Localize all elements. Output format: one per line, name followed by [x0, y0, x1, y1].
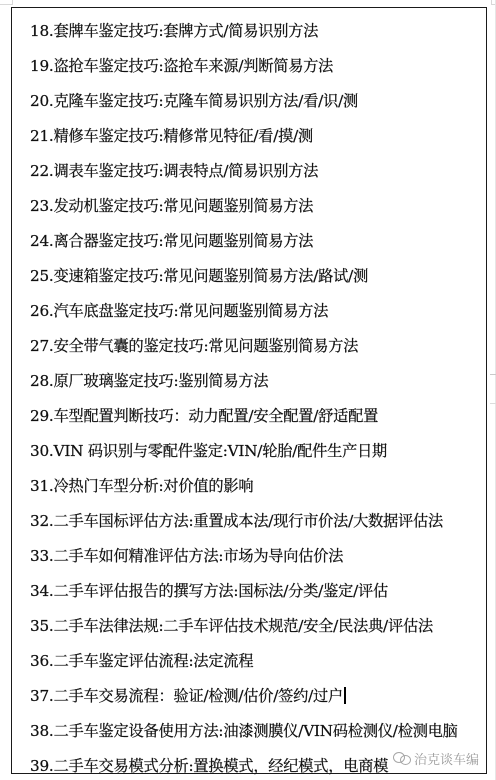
item-text: 冷热门车型分析:对价值的影响 — [54, 477, 254, 495]
item-text: 发动机鉴定技巧:常见问题鉴别简易方法 — [54, 197, 314, 215]
item-number: 18. — [30, 22, 54, 40]
item-number: 32. — [30, 512, 54, 530]
item-text: 二手车如何精准评估方法:市场为导向估价法 — [54, 547, 344, 565]
item-number: 21. — [30, 127, 54, 145]
item-text: 车型配置判断技巧：动力配置/安全配置/舒适配置 — [54, 407, 379, 425]
list-item: 37.二手车交易流程：验证/检测/估价/签约/过户 — [30, 682, 458, 717]
course-topic-list: 18.套牌车鉴定技巧:套牌方式/简易识别方法 19.盗抢车鉴定技巧:盗抢车来源/… — [30, 17, 458, 780]
page-corner-mark-left — [0, 0, 13, 5]
item-text: 套牌车鉴定技巧:套牌方式/简易识别方法 — [54, 22, 319, 40]
item-number: 36. — [30, 652, 54, 670]
item-number: 39. — [30, 757, 54, 775]
item-number: 28. — [30, 372, 54, 390]
list-item: 34.二手车评估报告的撰写方法:国标法/分类/鉴定/评估 — [30, 577, 458, 612]
item-number: 20. — [30, 92, 54, 110]
item-number: 33. — [30, 547, 54, 565]
item-number: 38. — [30, 722, 54, 740]
item-text: 盗抢车鉴定技巧:盗抢车来源/判断简易方法 — [54, 57, 334, 75]
item-text: 安全带气囊的鉴定技巧:常见问题鉴别简易方法 — [54, 337, 359, 355]
list-item: 36.二手车鉴定评估流程:法定流程 — [30, 647, 458, 682]
item-number: 19. — [30, 57, 54, 75]
list-item: 24.离合器鉴定技巧:常见问题鉴别简易方法 — [30, 227, 458, 262]
item-text: 二手车评估报告的撰写方法:国标法/分类/鉴定/评估 — [54, 582, 388, 600]
item-number: 29. — [30, 407, 54, 425]
item-text: 二手车法律法规:二手车评估技术规范/安全/民法典/评估法 — [54, 617, 433, 635]
watermark: 治克谈车编 — [393, 747, 485, 769]
list-item: 23.发动机鉴定技巧:常见问题鉴别简易方法 — [30, 192, 458, 227]
item-number: 26. — [30, 302, 54, 320]
item-text: 原厂玻璃鉴定技巧:鉴别简易方法 — [54, 372, 269, 390]
item-text: 变速箱鉴定技巧:常见问题鉴别简易方法/路试/测 — [54, 267, 369, 285]
item-text: 二手车国标评估方法:重置成本法/现行市价法/大数据评估法 — [54, 512, 443, 530]
list-item: 27.安全带气囊的鉴定技巧:常见问题鉴别简易方法 — [30, 332, 458, 367]
item-text: 汽车底盘鉴定技巧:常见问题鉴别简易方法 — [54, 302, 329, 320]
item-text: 二手车交易流程：验证/检测/估价/签约/过户 — [54, 687, 343, 705]
item-text: 二手车鉴定设备使用方法:油漆测膜仪/VIN码检测仪/检测电脑 — [54, 722, 458, 740]
item-text: 二手车交易模式分析:置换模式，经纪模式，电商模 — [54, 757, 389, 775]
list-item: 33.二手车如何精准评估方法:市场为导向估价法 — [30, 542, 458, 577]
list-item: 35.二手车法律法规:二手车评估技术规范/安全/民法典/评估法 — [30, 612, 458, 647]
item-number: 34. — [30, 582, 54, 600]
wechat-icon — [393, 751, 411, 765]
item-number: 31. — [30, 477, 54, 495]
list-item: 21.精修车鉴定技巧:精修常见特征/看/摸/测 — [30, 122, 458, 157]
item-text: 克隆车鉴定技巧:克隆车简易识别方法/看/识/测 — [54, 92, 358, 110]
list-item: 19.盗抢车鉴定技巧:盗抢车来源/判断简易方法 — [30, 52, 458, 87]
list-item: 31.冷热门车型分析:对价值的影响 — [30, 472, 458, 507]
bordered-text-box: 18.套牌车鉴定技巧:套牌方式/简易识别方法 19.盗抢车鉴定技巧:盗抢车来源/… — [11, 7, 487, 774]
item-number: 23. — [30, 197, 54, 215]
margin-marker — [490, 374, 496, 404]
item-number: 24. — [30, 232, 54, 250]
item-number: 27. — [30, 337, 54, 355]
list-item: 22.调表车鉴定技巧:调表特点/简易识别方法 — [30, 157, 458, 192]
list-item: 29.车型配置判断技巧：动力配置/安全配置/舒适配置 — [30, 402, 458, 437]
list-item: 18.套牌车鉴定技巧:套牌方式/简易识别方法 — [30, 17, 458, 52]
item-number: 30. — [30, 442, 54, 460]
item-text: 精修车鉴定技巧:精修常见特征/看/摸/测 — [54, 127, 313, 145]
text-cursor — [344, 687, 346, 704]
list-item: 26.汽车底盘鉴定技巧:常见问题鉴别简易方法 — [30, 297, 458, 332]
list-item: 30.VIN 码识别与零配件鉴定:VIN/轮胎/配件生产日期 — [30, 437, 458, 472]
list-item: 20.克隆车鉴定技巧:克隆车简易识别方法/看/识/测 — [30, 87, 458, 122]
item-text: VIN 码识别与零配件鉴定:VIN/轮胎/配件生产日期 — [54, 442, 387, 460]
list-item: 32.二手车国标评估方法:重置成本法/现行市价法/大数据评估法 — [30, 507, 458, 542]
item-number: 37. — [30, 687, 54, 705]
item-text: 调表车鉴定技巧:调表特点/简易识别方法 — [54, 162, 319, 180]
item-number: 25. — [30, 267, 54, 285]
item-number: 35. — [30, 617, 54, 635]
watermark-text: 治克谈车编 — [414, 749, 479, 768]
item-number: 22. — [30, 162, 54, 180]
list-item: 25.变速箱鉴定技巧:常见问题鉴别简易方法/路试/测 — [30, 262, 458, 297]
item-text: 二手车鉴定评估流程:法定流程 — [54, 652, 254, 670]
list-item: 28.原厂玻璃鉴定技巧:鉴别简易方法 — [30, 367, 458, 402]
item-text: 离合器鉴定技巧:常见问题鉴别简易方法 — [54, 232, 314, 250]
